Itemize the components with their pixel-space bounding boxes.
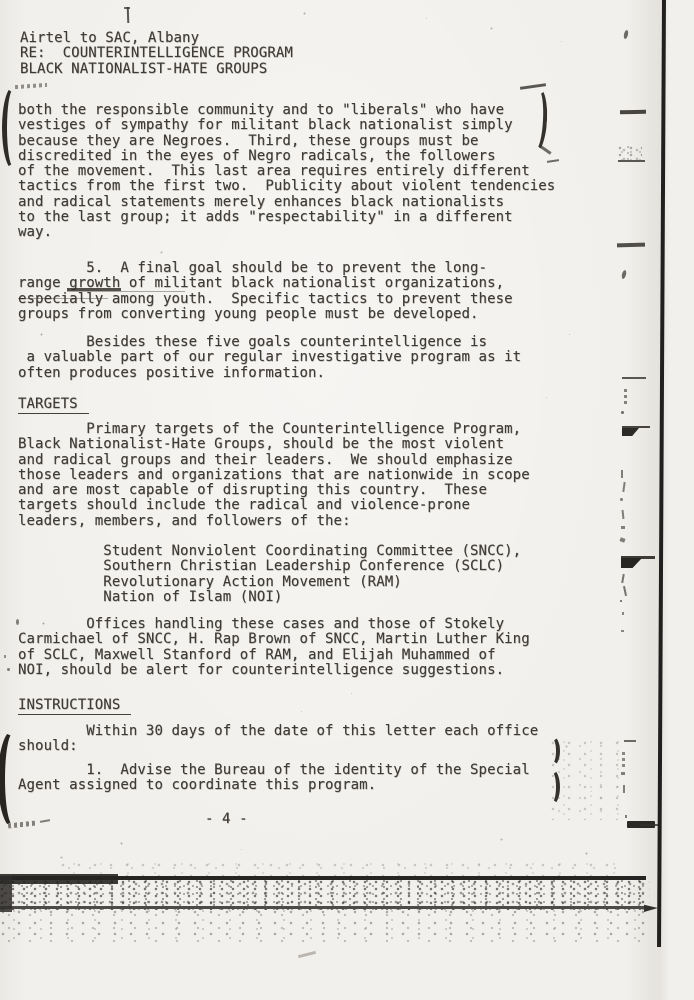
margin-mark-colon [624,389,627,405]
margin-dot-4 [621,630,624,632]
margin-inst-dot1 [621,772,625,775]
text-line: and radical statements merely enhances b… [18,195,555,210]
text-line: Revolutionary Action Movement (RAM) [18,575,521,590]
text-line: BLACK NATIONALIST-HATE GROUPS [20,62,293,77]
text-line: Airtel to SAC, Albany [20,31,293,46]
text-line: Primary targets of the Counterintelligen… [18,422,530,437]
text-line: to the last group; it adds "respectabili… [18,210,555,225]
margin-inst-dashes [622,752,625,768]
text-line: those leaders and organizations that are… [18,468,530,483]
instructions-heading: INSTRUCTIONS [18,694,131,713]
paragraph-within-30-days: Within 30 days of the date of this lette… [18,724,538,755]
scan-speckles [0,0,3,3]
text-line: RE: COUNTERINTELLIGENCE PROGRAM [20,46,293,61]
margin-flag1-line [622,426,650,428]
text-line: of SCLC, Maxwell Stanford of RAM, and El… [18,648,530,663]
margin-dot-1 [621,411,624,414]
text-line: Offices handling these cases and those o… [18,617,530,632]
text-line: Within 30 days of the date of this lette… [18,724,538,739]
target-groups-list: Student Nonviolent Coordinating Committe… [18,544,521,605]
scan-tick-serif-top [124,7,130,9]
targets-heading: TARGETS [18,393,89,412]
margin-mark-line-2 [617,243,645,248]
smudge-strike-especially [18,298,108,299]
text-line: both the responsible community and to "l… [18,103,555,118]
text-line: targets should include the radical and v… [18,498,530,513]
text-line: leaders, members, and followers of the: [18,514,530,529]
scanned-document-page: Airtel to SAC, AlbanyRE: COUNTERINTELLIG… [0,0,694,1000]
margin-left-dot-2 [7,668,10,671]
text-line: Carmichael of SNCC, H. Rap Brown of SNCC… [18,632,530,647]
text-line: 5. A final goal should be to prevent the… [18,261,513,276]
text-line: a valuable part of our regular investiga… [18,350,521,365]
text-line: Student Nonviolent Coordinating Committe… [18,544,521,559]
text-line: 1. Advise the Bureau of the identity of … [18,763,530,778]
margin-squiggle-3 [620,498,623,501]
margin-inst-dash [624,740,636,742]
text-line: Agent assigned to coordinate this progra… [18,778,530,793]
paragraph-primary-targets: Primary targets of the Counterintelligen… [18,422,530,529]
margin-dot-3 [622,612,624,615]
margin-dot-2 [620,600,622,602]
text-line: Nation of Islam (NOI) [18,590,521,605]
text-line: of the movement. This last area requires… [18,164,555,179]
margin-left-dot-1 [4,655,6,658]
paragraph-discredit-goal: both the responsible community and to "l… [18,103,555,241]
paragraph-offices-handling: Offices handling these cases and those o… [18,617,530,678]
text-line: and are most capable of disrupting this … [18,483,530,498]
margin-left-tick-offices [16,619,19,625]
instructions-heading-label: INSTRUCTIONS [18,697,131,715]
text-line: Black Nationalist-Hate Groups, should be… [18,437,530,452]
text-line: discredited in the eyes of Negro radical… [18,149,555,164]
paragraph-advise-bureau: 1. Advise the Bureau of the identity of … [18,763,530,794]
document-text-layer: Airtel to SAC, AlbanyRE: COUNTERINTELLIG… [0,0,694,1000]
text-line: vestiges of sympathy for militant black … [18,118,555,133]
handwritten-underline-extension [67,291,185,292]
margin-inst-dot2 [625,815,627,818]
text-line: often produces positive information. [18,366,521,381]
text-line: groups from converting young people must… [18,307,513,322]
noise-band-sparse [0,909,655,942]
text-line: tactics from the first two. Publicity ab… [18,179,555,194]
noise-band-top-line [0,876,646,880]
margin-mark-line-1 [620,110,646,114]
page-number: - 4 - [205,812,248,827]
handwritten-brace-left-paragraph1 [2,86,25,170]
paragraph-besides-goals: Besides these five goals counterintellig… [18,335,521,381]
text-line: Besides these five goals counterintellig… [18,335,521,350]
margin-smudge-1 [618,146,642,160]
margin-squiggle-1 [621,470,623,478]
text-line: because they are Negroes. Third, these g… [18,134,555,149]
margin-squiggle-5 [621,526,625,529]
margin-inst-tick [623,785,625,793]
text-line: NOI, should be alert for counterintellig… [18,663,530,678]
speckle-cluster-instructions [550,740,620,820]
document-header: Airtel to SAC, AlbanyRE: COUNTERINTELLIG… [20,31,293,77]
noise-band-upper-specks [60,862,620,876]
text-line: and radical groups and their leaders. We… [18,453,530,468]
text-line: should: [18,739,538,754]
margin-mark-line-3 [622,377,646,379]
text-line: Southern Christian Leadership Conference… [18,559,521,574]
text-line: way. [18,225,555,240]
targets-heading-label: TARGETS [18,396,89,414]
margin-smudge-underline [618,160,645,162]
